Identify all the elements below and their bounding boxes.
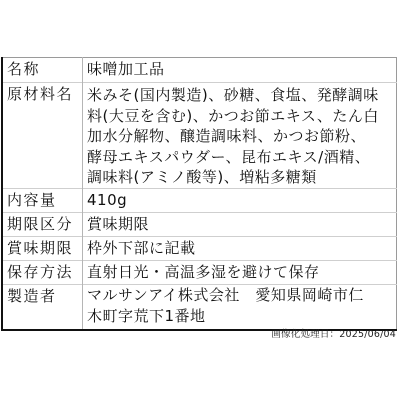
row-key-date-type: 期限区分	[2, 212, 83, 236]
row-key-name: 名称	[2, 58, 83, 83]
value-line: 加水分解物、醸造調味料、かつお節粉、	[87, 126, 396, 147]
value-line: 直射日光・高温多湿を避けて保存	[87, 261, 396, 284]
value-line: 酵母エキスパウダー、昆布エキス/酒精、	[87, 147, 396, 168]
value-line: 木町字荒下1番地	[87, 306, 396, 327]
table-row-ingredients: 原材料名 米みそ(国内製造)、砂糖、食塩、発酵調味 料(大豆を含む)、かつお節エ…	[2, 83, 397, 189]
table-row-name: 名称 味噌加工品	[2, 58, 397, 83]
value-line: 賞味期限	[87, 213, 396, 236]
value-line: 味噌加工品	[87, 58, 396, 81]
value-line: 調味料(アミノ酸等)、増粘多糖類	[87, 167, 396, 188]
table-row-manufacturer: 製造者 マルサンアイ株式会社 愛知県岡崎市仁 木町字荒下1番地	[2, 284, 397, 330]
table-row-storage: 保存方法 直射日光・高温多湿を避けて保存	[2, 260, 397, 284]
row-key-net-content: 内容量	[2, 188, 83, 212]
food-label-table: 名称 味噌加工品 原材料名 米みそ(国内製造)、砂糖、食塩、発酵調味 料(大豆を…	[1, 57, 397, 331]
row-key-best-before: 賞味期限	[2, 236, 83, 260]
value-line: 枠外下部に記載	[87, 237, 396, 260]
image-processing-date: 画像化処理日：2025/06/04	[271, 326, 396, 340]
row-value-manufacturer: マルサンアイ株式会社 愛知県岡崎市仁 木町字荒下1番地	[83, 284, 397, 330]
value-line: 料(大豆を含む)、かつお節エキス、たん白	[87, 106, 396, 127]
row-value-name: 味噌加工品	[83, 58, 397, 83]
row-value-net-content: 410g	[83, 188, 397, 212]
row-value-date-type: 賞味期限	[83, 212, 397, 236]
table-row-best-before: 賞味期限 枠外下部に記載	[2, 236, 397, 260]
table-row-net-content: 内容量 410g	[2, 188, 397, 212]
value-line: 米みそ(国内製造)、砂糖、食塩、発酵調味	[87, 85, 396, 106]
value-line: マルサンアイ株式会社 愛知県岡崎市仁	[87, 285, 396, 306]
row-value-storage: 直射日光・高温多湿を避けて保存	[83, 260, 397, 284]
table-row-date-type: 期限区分 賞味期限	[2, 212, 397, 236]
row-key-ingredients: 原材料名	[2, 83, 83, 189]
row-key-storage: 保存方法	[2, 260, 83, 284]
value-line: 410g	[87, 189, 396, 212]
row-value-best-before: 枠外下部に記載	[83, 236, 397, 260]
row-key-manufacturer: 製造者	[2, 284, 83, 330]
row-value-ingredients: 米みそ(国内製造)、砂糖、食塩、発酵調味 料(大豆を含む)、かつお節エキス、たん…	[83, 83, 397, 189]
